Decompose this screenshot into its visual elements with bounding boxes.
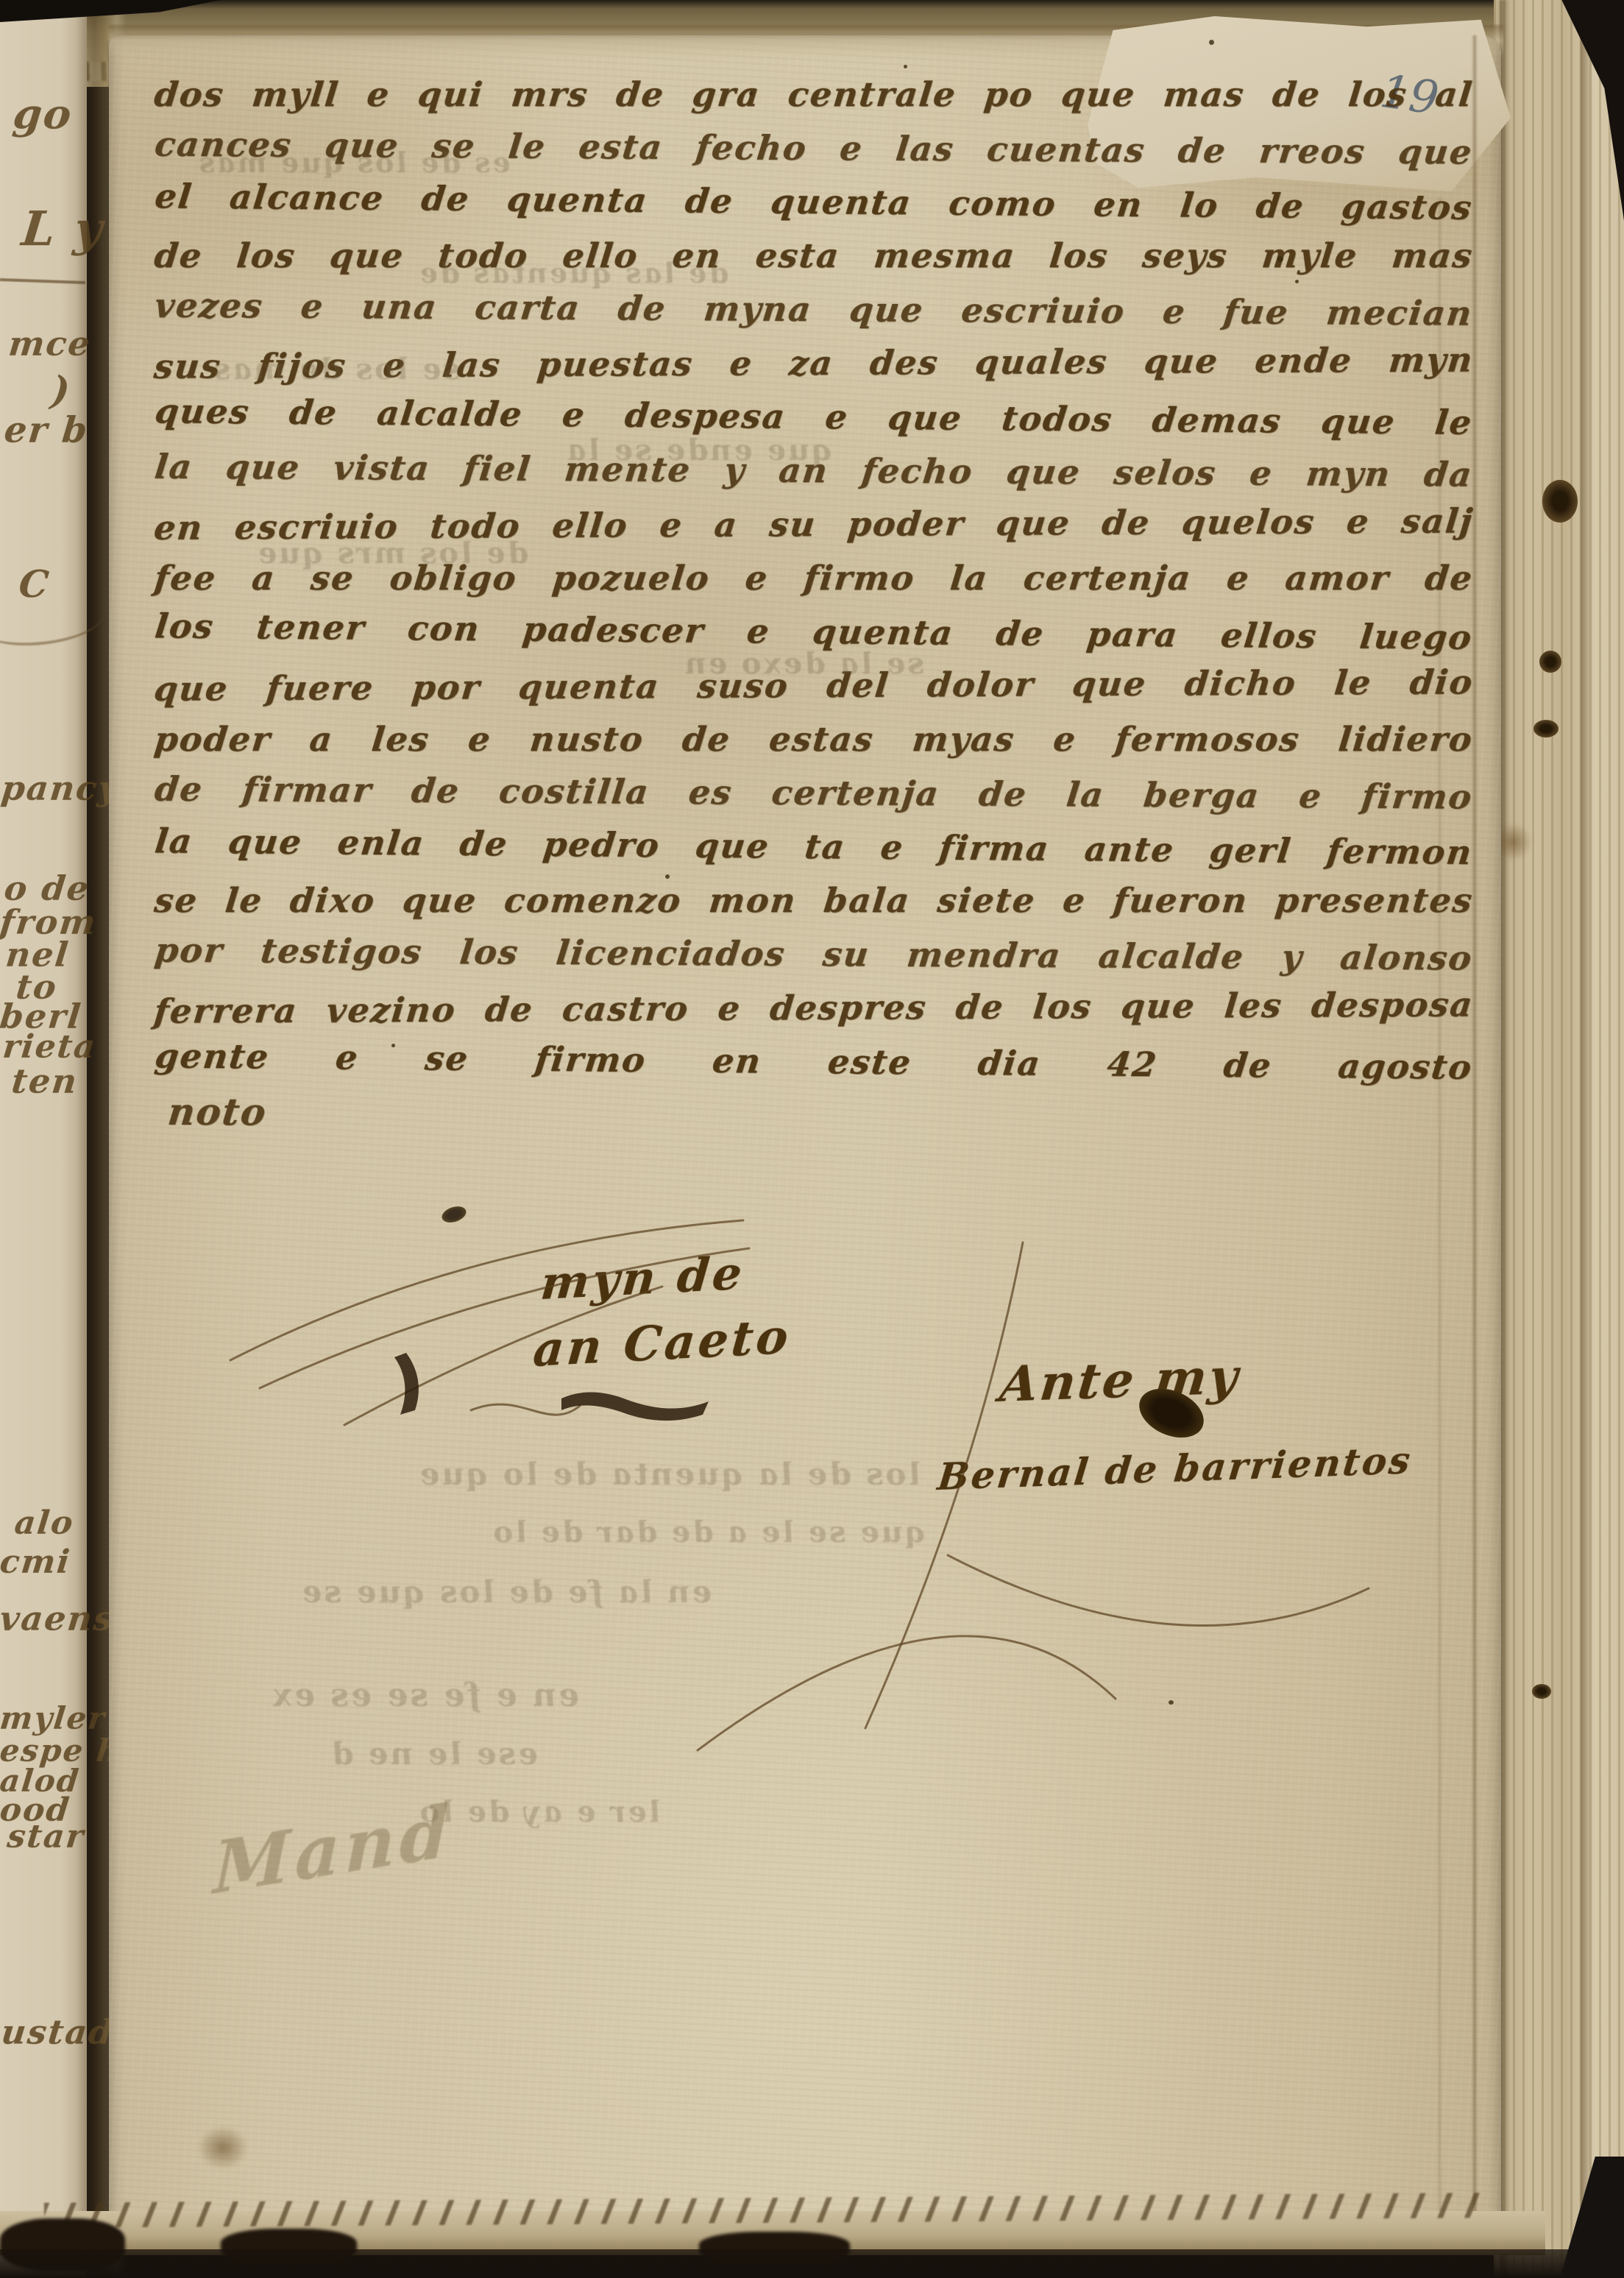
left-page-fragment: ten [10,1061,80,1101]
bottom-shadow [0,2249,1624,2278]
wormhole [1532,1684,1551,1699]
pen-flourishes [109,35,1501,2240]
left-page-fragment: cmi [0,1543,73,1581]
left-page-fragment: alo [13,1504,76,1542]
ink-speck [1295,280,1299,283]
ink-speck [749,91,753,96]
page-bottom-edge [0,2185,1624,2278]
left-page-fragment: C [17,562,52,606]
ink-speck [1013,470,1017,474]
left-page-fragment: go [11,90,75,138]
ink-speck [391,1044,395,1047]
fore-edge-page-stack [1494,0,1624,2278]
ink-speck [1209,40,1214,45]
facing-page-edge: go L y mce ) er b C pancy o de from nel … [0,16,87,2278]
wormhole [1539,651,1561,673]
left-page-fragment: ) [49,368,74,413]
wormhole [1533,720,1559,737]
manuscript-page: 19 dos myll e qui mrs de gra centrale po… [109,35,1501,2240]
facing-page-rule-line [0,278,85,284]
manuscript-photo: go L y mce ) er b C pancy o de from nel … [0,0,1624,2278]
ink-speck [904,65,907,68]
paper-stain [197,2126,249,2170]
ink-speck [1277,256,1283,262]
wormhole [1542,480,1578,523]
ink-speck [665,874,670,879]
ink-speck [1169,1700,1174,1705]
left-page-fragment: star [5,1818,86,1856]
